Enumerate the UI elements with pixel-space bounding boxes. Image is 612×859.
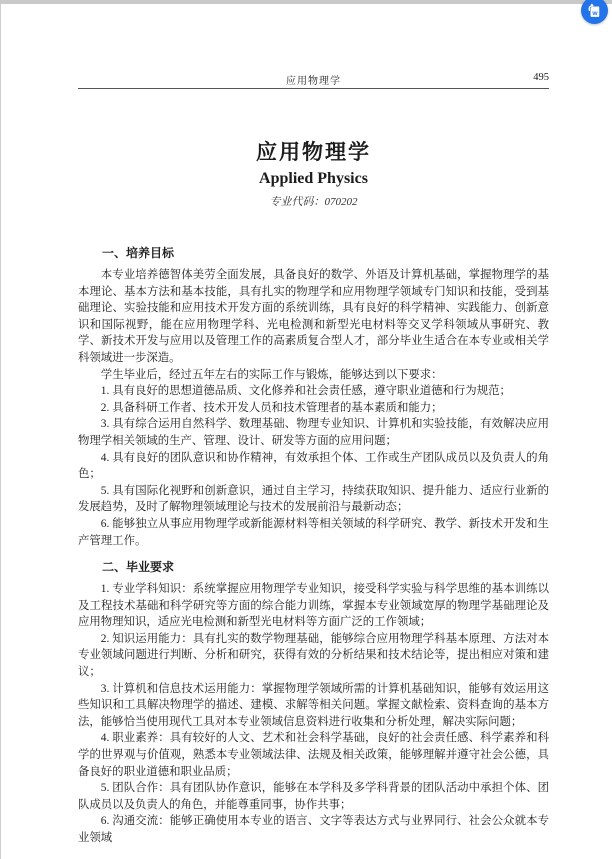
paragraph: 学生毕业后，经过五年左右的实际工作与锻炼，能够达到以下要求： xyxy=(78,367,549,384)
page-content: 应用物理学 Applied Physics 专业代码：070202 一、培养目标… xyxy=(78,89,549,847)
section-heading-training-objectives: 一、培养目标 xyxy=(78,246,549,260)
major-title-en: Applied Physics xyxy=(78,169,549,188)
word-doc-convert-icon: w xyxy=(585,1,604,20)
list-item: 1. 具有良好的思想道德品质、文化修养和社会责任感，遵守职业道德和行为规范； xyxy=(78,383,549,400)
list-item: 4. 职业素养：具有较好的人文、艺术和社会科学基础，良好的社会责任感、科学素养和… xyxy=(78,730,549,780)
section-heading-graduation-requirements: 二、毕业要求 xyxy=(78,560,549,574)
window-top-edge xyxy=(0,0,612,4)
major-code: 专业代码：070202 xyxy=(78,195,549,209)
list-item: 5. 团队合作：具有团队协作意识，能够在本学科及多学科背景的团队活动中承担个体、… xyxy=(78,780,549,813)
major-title-cn: 应用物理学 xyxy=(78,140,549,165)
svg-text:w: w xyxy=(591,10,598,17)
paragraph: 本专业培养德智体美劳全面发展，具备良好的数学、外语及计算机基础，掌握物理学的基本… xyxy=(78,267,549,367)
list-item: 6. 能够独立从事应用物理学或新能源材料等相关领域的科学研究、教学、新技术开发和… xyxy=(78,516,549,549)
convert-to-word-button[interactable]: w xyxy=(581,0,608,24)
running-head: 应用物理学 495 xyxy=(78,71,549,89)
list-item: 1. 专业学科知识：系统掌握应用物理学专业知识，接受科学实验与科学思维的基本训练… xyxy=(78,581,549,631)
list-item: 3. 计算机和信息技术运用能力：掌握物理学领域所需的计算机基础知识，能够有效运用… xyxy=(78,681,549,731)
page-left-edge xyxy=(0,4,1,859)
list-item: 5. 具有国际化视野和创新意识，通过自主学习，持续获取知识、提升能力、适应行业新… xyxy=(78,483,549,516)
list-item: 3. 具有综合运用自然科学、数理基础、物理专业知识、计算机和实验技能，有效解决应… xyxy=(78,416,549,449)
running-title: 应用物理学 xyxy=(78,72,549,87)
list-item: 4. 具有良好的团队意识和协作精神，有效承担个体、工作或生产团队成员以及负责人的… xyxy=(78,450,549,483)
list-item: 2. 知识运用能力：具有扎实的数学物理基础，能够综合应用物理学科基本原理、方法对… xyxy=(78,631,549,681)
page-number: 495 xyxy=(533,72,549,83)
list-item: 6. 沟通交流：能够正确使用本专业的语言、文字等表达方式与业界同行、社会公众就本… xyxy=(78,813,549,846)
list-item: 2. 具备科研工作者、技术开发人员和技术管理者的基本素质和能力； xyxy=(78,400,549,417)
